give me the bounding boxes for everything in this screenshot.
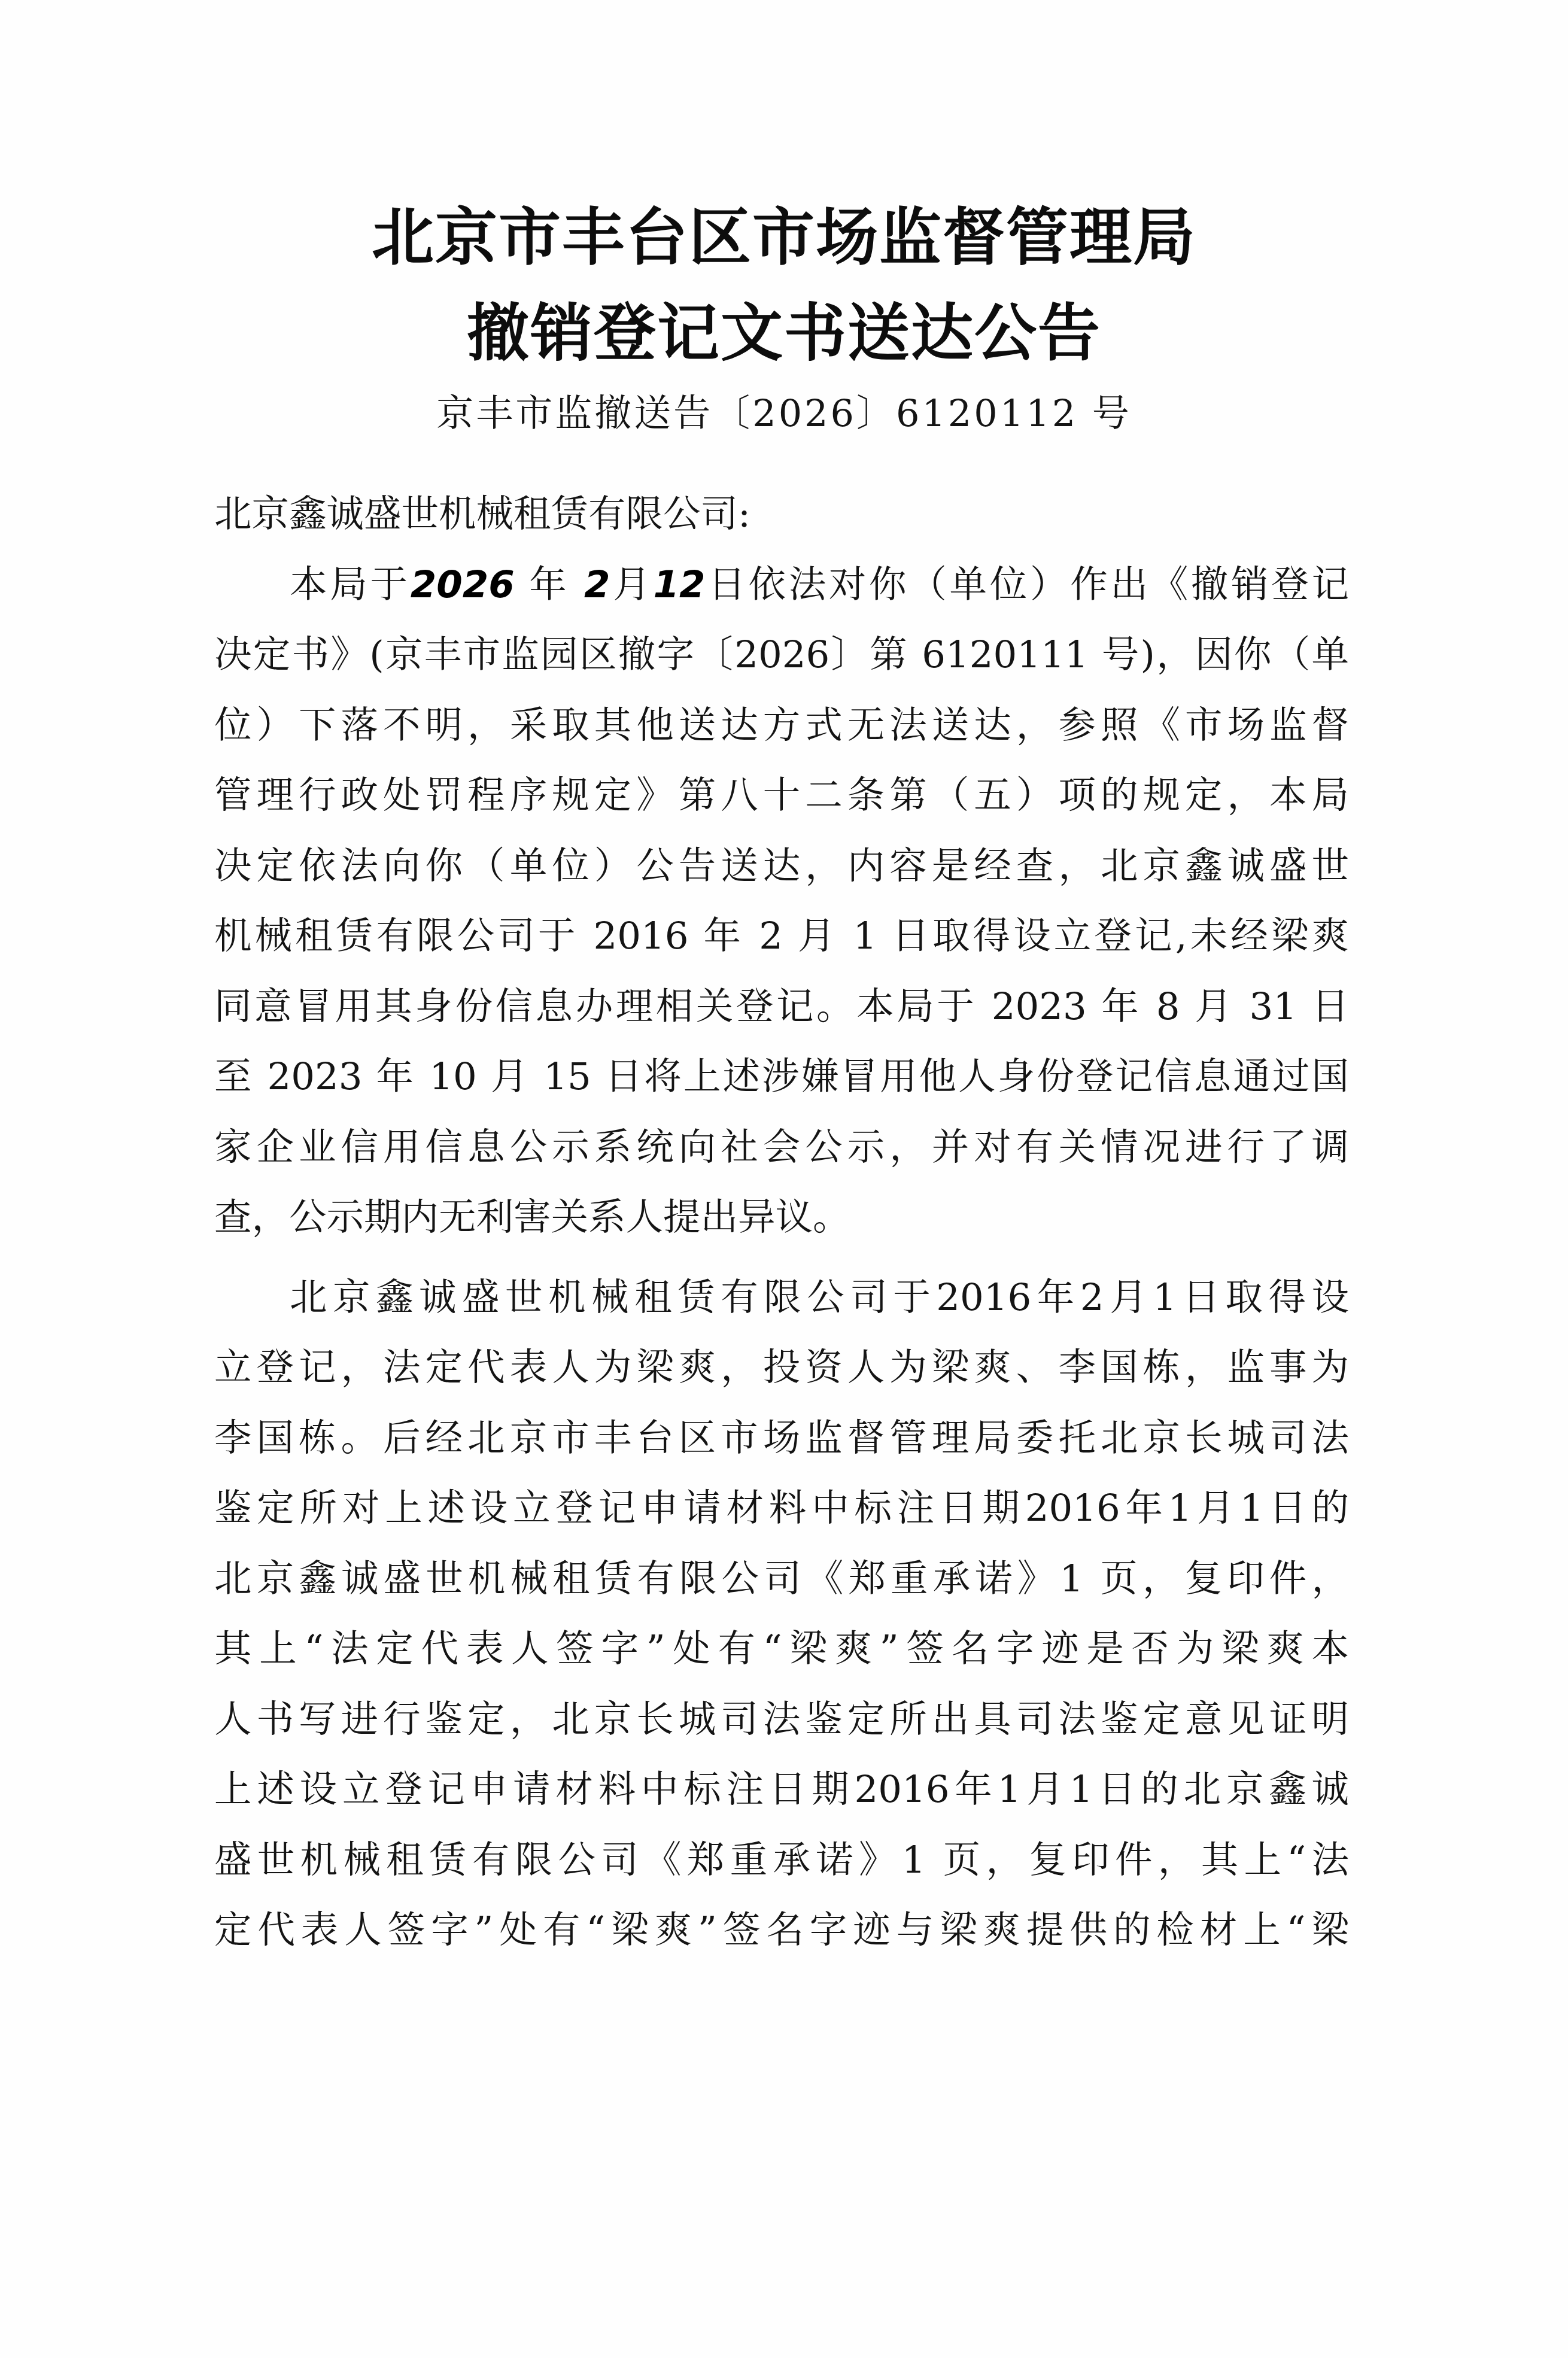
paragraph-line: 北京鑫诚盛世机械租赁有限公司于2016年2月1日取得设 bbox=[214, 1262, 1349, 1333]
issuing-authority-title: 北京市丰台区市场监督管理局 bbox=[0, 206, 1568, 269]
handwritten-month: 2 bbox=[584, 563, 610, 606]
paragraph-line: 其上“法定代表人签字”处有“梁爽”签名字迹是否为梁爽本 bbox=[214, 1613, 1349, 1684]
document-page: 北京市丰台区市场监督管理局 撤销登记文书送达公告 京丰市监撤送告〔2026〕61… bbox=[0, 0, 1568, 2358]
paragraph-line: 上述设立登记申请材料中标注日期2016年1月1日的北京鑫诚 bbox=[214, 1754, 1349, 1825]
paragraph-2: 北京鑫诚盛世机械租赁有限公司于2016年2月1日取得设 立登记，法定代表人为梁爽… bbox=[214, 1262, 1349, 1965]
document-body: 北京鑫诚盛世机械租赁有限公司: 本局于2026 年 2月12日依法对你（单位）作… bbox=[214, 479, 1349, 1965]
paragraph-line: 位）下落不明，采取其他送达方式无法送达，参照《市场监督 bbox=[214, 690, 1349, 761]
paragraph-line: 盛世机械租赁有限公司《郑重承诺》1 页，复印件，其上“法 bbox=[214, 1825, 1349, 1895]
document-number: 京丰市监撤送告〔2026〕6120112 号 bbox=[0, 395, 1568, 432]
paragraph-line: 至 2023 年 10 月 15 日将上述涉嫌冒用他人身份登记信息通过国 bbox=[214, 1041, 1349, 1112]
line-text: 年 bbox=[515, 563, 584, 606]
paragraph-gap bbox=[214, 1253, 1349, 1262]
paragraph-line: 定代表人签字”处有“梁爽”签名字迹与梁爽提供的检材上“梁 bbox=[214, 1895, 1349, 1965]
paragraph-line: 立登记，法定代表人为梁爽，投资人为梁爽、李国栋，监事为 bbox=[214, 1332, 1349, 1403]
paragraph-line: 管理行政处罚程序规定》第八十二条第（五）项的规定，本局 bbox=[214, 760, 1349, 831]
paragraph-line: 李国栋。后经北京市丰台区市场监督管理局委托北京长城司法 bbox=[214, 1403, 1349, 1473]
line-text: 日依法对你（单位）作出《撤销登记 bbox=[705, 563, 1349, 606]
line-text: 月 bbox=[610, 563, 654, 606]
paragraph-line: 同意冒用其身份信息办理相关登记。本局于 2023 年 8 月 31 日 bbox=[214, 971, 1349, 1042]
paragraph-line: 鉴定所对上述设立登记申请材料中标注日期2016年1月1日的 bbox=[214, 1473, 1349, 1543]
paragraph-line: 查，公示期内无利害关系人提出异议。 bbox=[214, 1182, 1349, 1253]
addressee: 北京鑫诚盛世机械租赁有限公司: bbox=[214, 479, 1349, 549]
paragraph-line: 决定依法向你（单位）公告送达，内容是经查，北京鑫诚盛世 bbox=[214, 831, 1349, 901]
line-text: 本局于 bbox=[290, 563, 411, 606]
paragraph-line: 人书写进行鉴定，北京长城司法鉴定所出具司法鉴定意见证明 bbox=[214, 1684, 1349, 1755]
paragraph-line: 北京鑫诚盛世机械租赁有限公司《郑重承诺》1 页，复印件， bbox=[214, 1543, 1349, 1614]
handwritten-day: 12 bbox=[653, 563, 705, 606]
paragraph-line: 决定书》(京丰市监园区撤字〔2026〕第 6120111 号)，因你（单 bbox=[214, 619, 1349, 690]
handwritten-year: 2026 bbox=[411, 563, 515, 606]
paragraph-line: 本局于2026 年 2月12日依法对你（单位）作出《撤销登记 bbox=[214, 549, 1349, 620]
paragraph-1: 本局于2026 年 2月12日依法对你（单位）作出《撤销登记 决定书》(京丰市监… bbox=[214, 549, 1349, 1253]
paragraph-line: 家企业信用信息公示系统向社会公示，并对有关情况进行了调 bbox=[214, 1112, 1349, 1183]
paragraph-line: 机械租赁有限公司于 2016 年 2 月 1 日取得设立登记,未经梁爽 bbox=[214, 901, 1349, 971]
notice-title: 撤销登记文书送达公告 bbox=[0, 302, 1568, 364]
